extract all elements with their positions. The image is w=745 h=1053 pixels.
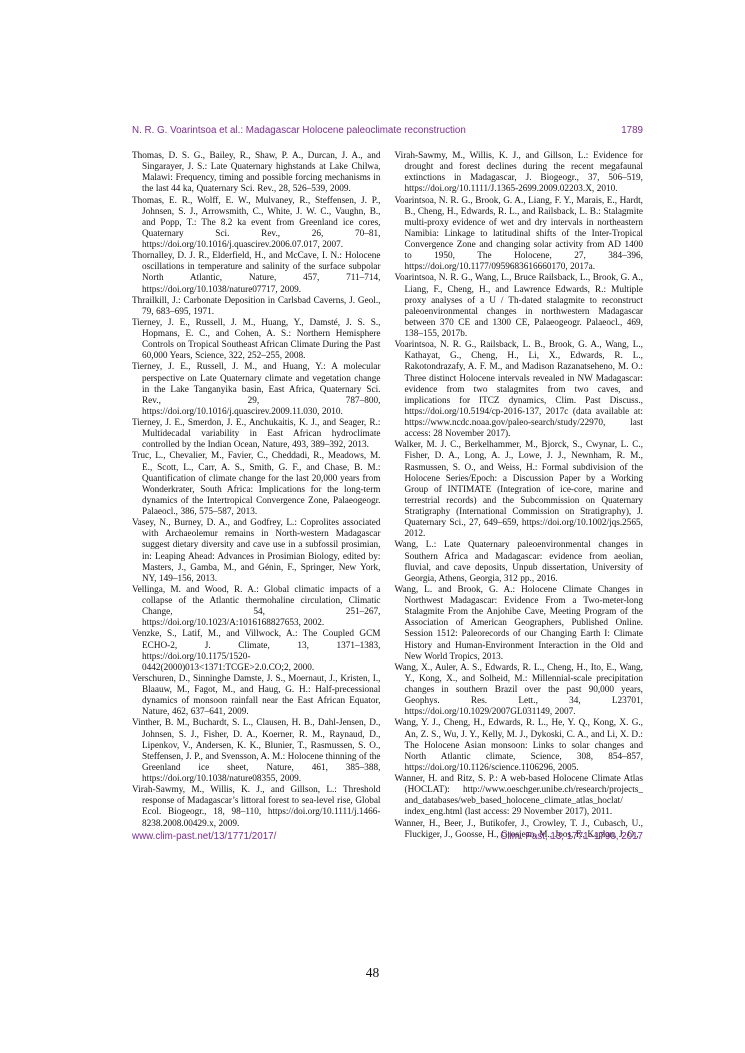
sheet-number: 48: [0, 965, 745, 981]
reference-entry: Voarintsoa, N. R. G., Brook, G. A., Lian…: [395, 196, 644, 274]
running-footer: www.clim-past.net/13/1771/2017/ Clim. Pa…: [132, 831, 643, 843]
reference-entry: Wang, L. and Brook, G. A.: Holocene Clim…: [395, 585, 644, 663]
reference-entry: Wang, Y. J., Cheng, H., Edwards, R. L., …: [395, 718, 644, 774]
reference-entry: Venzke, S., Latif, M., and Villwock, A.:…: [132, 629, 381, 674]
reference-entry: Walker, M. J. C., Berkelhammer, M., Bjor…: [395, 440, 644, 540]
running-title: N. R. G. Voarintsoa et al.: Madagascar H…: [132, 125, 466, 137]
references-section: Thomas, D. S. G., Bailey, R., Shaw, P. A…: [132, 151, 643, 841]
reference-entry: Wang, L.: Late Quaternary paleoenvironme…: [395, 540, 644, 585]
reference-entry: Wang, X., Auler, A. S., Edwards, R. L., …: [395, 663, 644, 719]
reference-entry: Tierney, J. E., Russell, J. M., Huang, Y…: [132, 318, 381, 363]
journal-page: N. R. G. Voarintsoa et al.: Madagascar H…: [0, 0, 745, 1053]
references-left-column: Thomas, D. S. G., Bailey, R., Shaw, P. A…: [132, 151, 381, 841]
reference-entry: Virah-Sawmy, M., Willis, K. J., and Gill…: [395, 151, 644, 196]
reference-entry: Voarintsoa, N. R. G., Railsback, L. B., …: [395, 340, 644, 440]
reference-entry: Wanner, H. and Ritz, S. P.: A web-based …: [395, 774, 644, 819]
page-number: 1789: [621, 125, 643, 137]
reference-entry: Vasey, N., Burney, D. A., and Godfrey, L…: [132, 518, 381, 585]
reference-entry: Thomas, E. R., Wolff, E. W., Mulvaney, R…: [132, 196, 381, 252]
reference-entry: Voarintsoa, N. R. G., Wang, L., Bruce Ra…: [395, 273, 644, 340]
reference-entry: Vellinga, M. and Wood, R. A.: Global cli…: [132, 585, 381, 630]
reference-entry: Virah-Sawmy, M., Willis, K. J., and Gill…: [132, 785, 381, 830]
reference-entry: Thornalley, D. J. R., Elderfield, H., an…: [132, 251, 381, 296]
reference-entry: Tierney, J. E., Smerdon, J. E., Anchukai…: [132, 418, 381, 451]
footer-journal-url: www.clim-past.net/13/1771/2017/: [132, 831, 276, 843]
references-right-column: Virah-Sawmy, M., Willis, K. J., and Gill…: [395, 151, 644, 841]
reference-entry: Verschuren, D., Sinninghe Damste, J. S.,…: [132, 674, 381, 719]
reference-entry: Vinther, B. M., Buchardt, S. L., Clausen…: [132, 718, 381, 785]
running-header: N. R. G. Voarintsoa et al.: Madagascar H…: [132, 125, 643, 137]
reference-entry: Truc, L., Chevalier, M., Favier, C., Che…: [132, 451, 381, 518]
reference-entry: Tierney, J. E., Russell, J. M., and Huan…: [132, 362, 381, 418]
reference-entry: Thomas, D. S. G., Bailey, R., Shaw, P. A…: [132, 151, 381, 196]
reference-entry: Thrailkill, J.: Carbonate Deposition in …: [132, 296, 381, 318]
footer-citation: Clim. Past, 13, 1771–1790, 2017: [500, 831, 643, 843]
